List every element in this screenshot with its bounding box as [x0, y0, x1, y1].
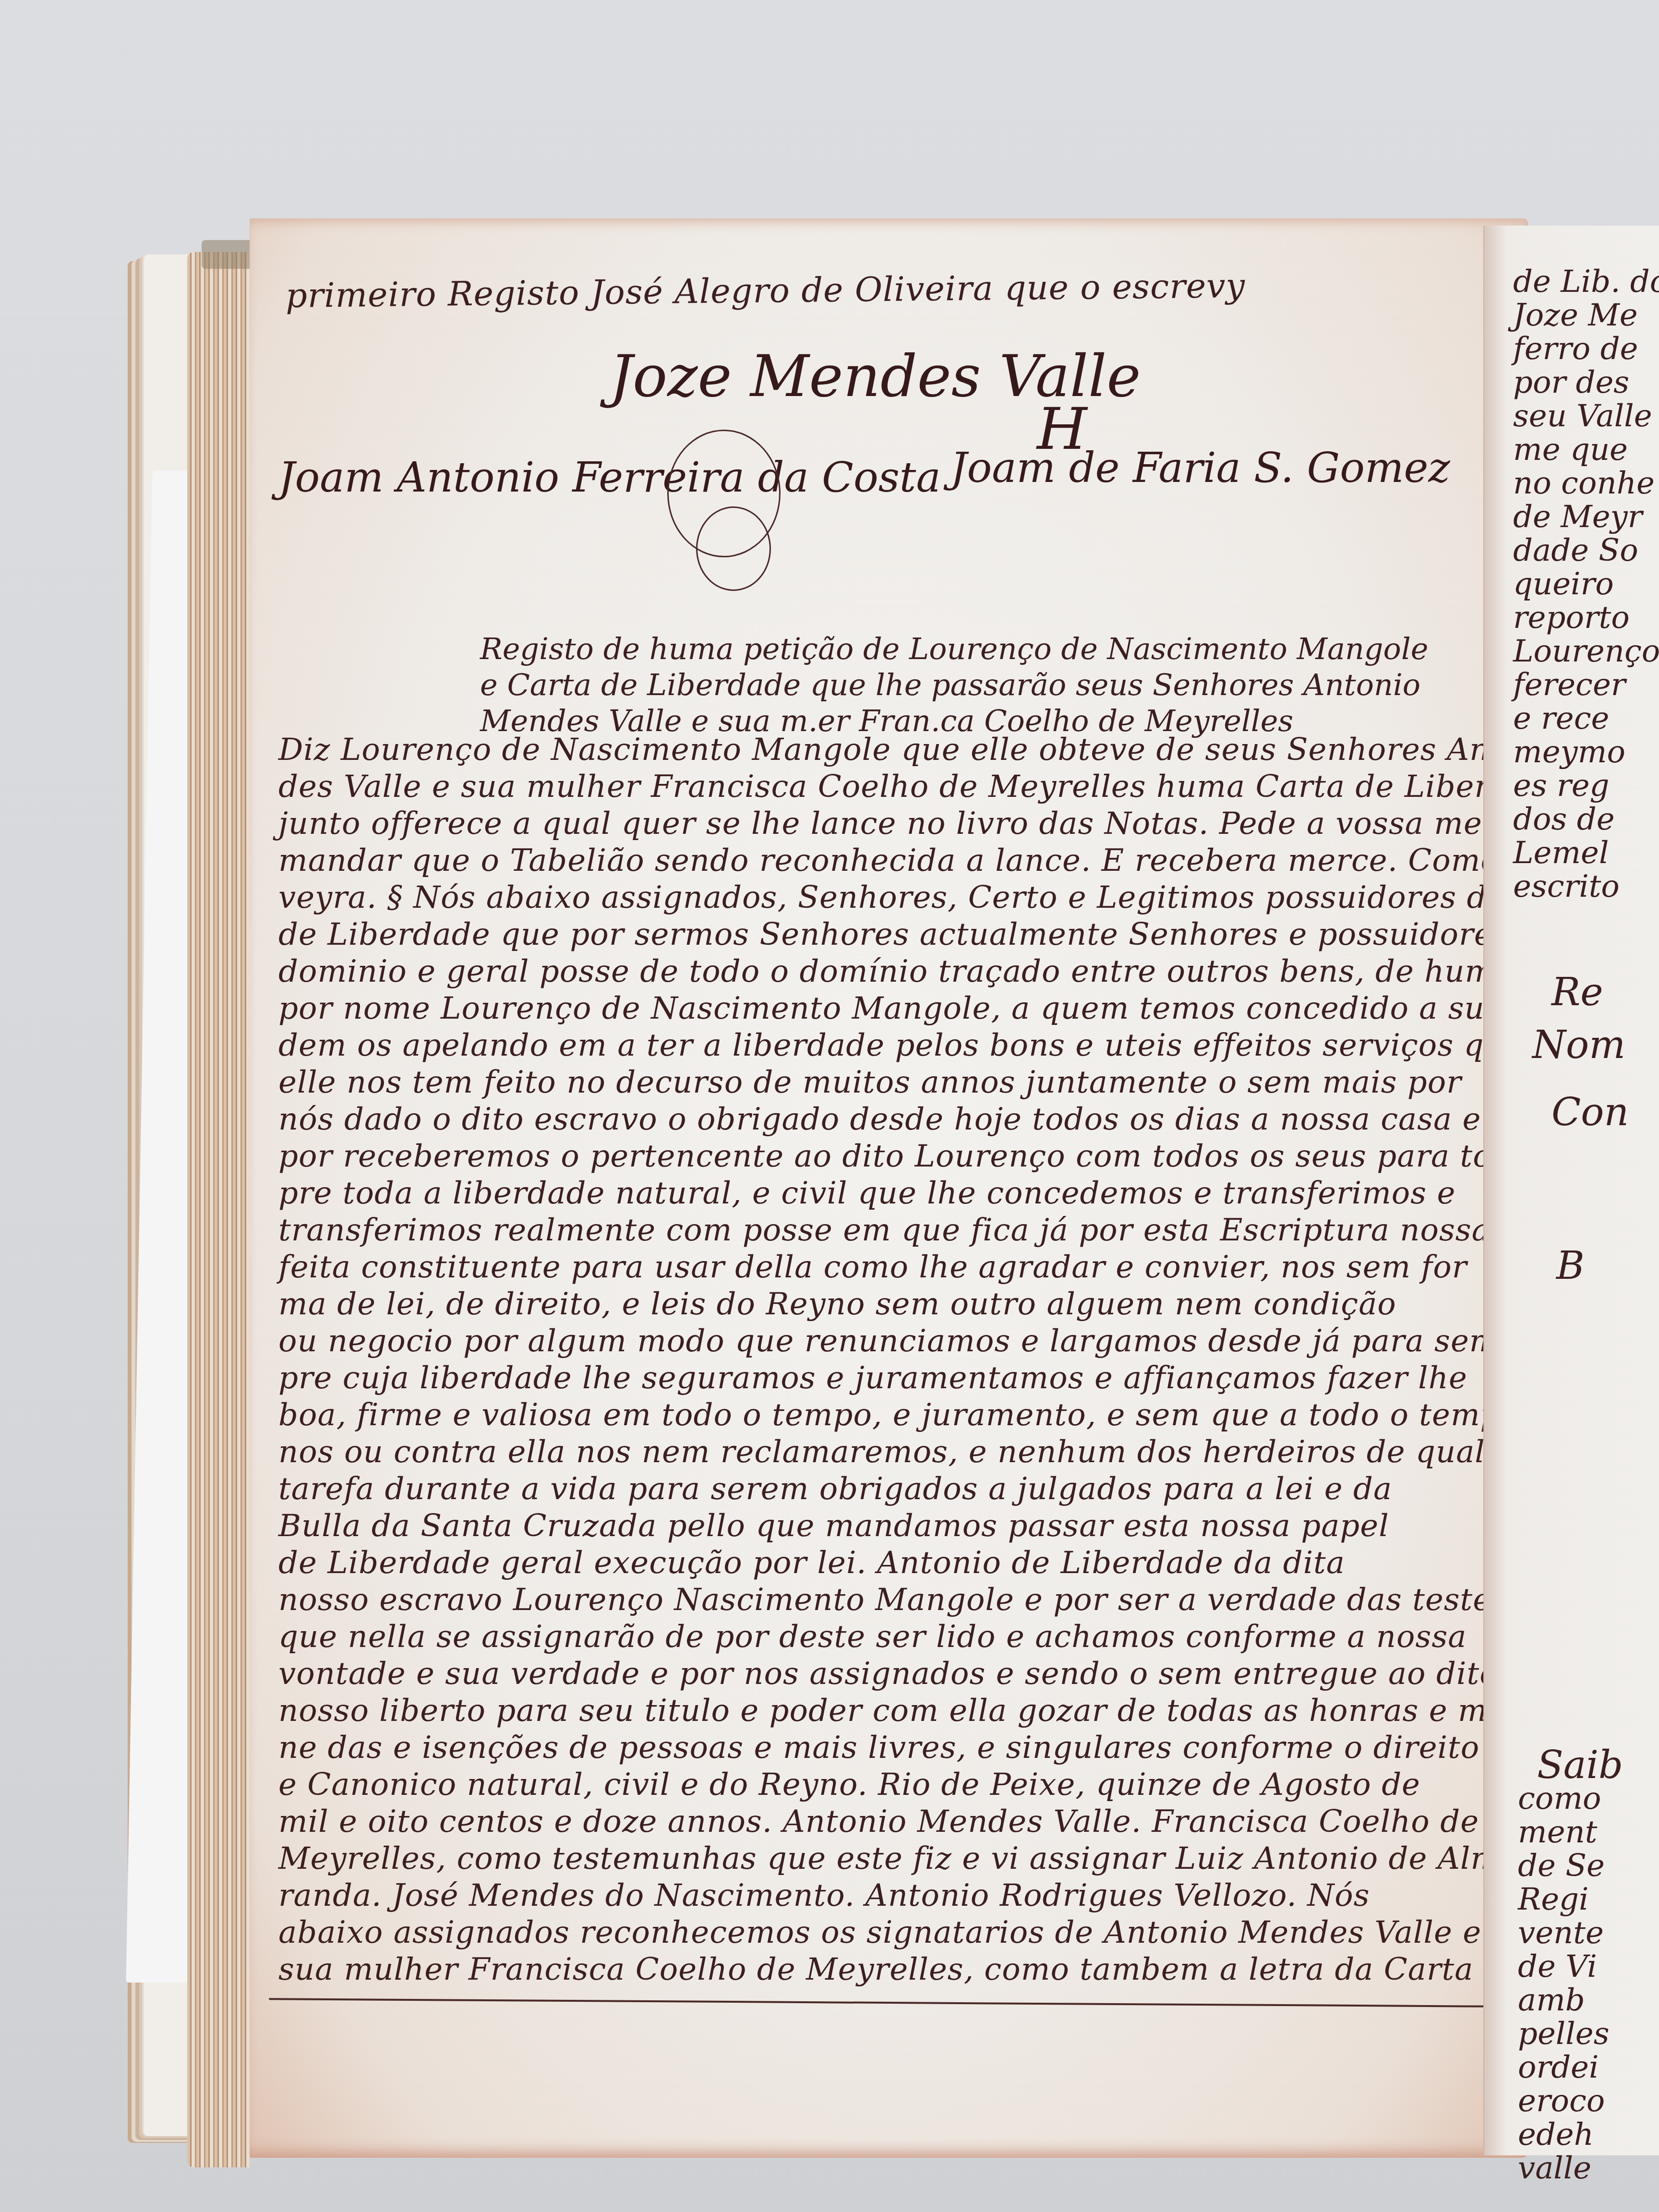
right-fragment: Joze Me	[1513, 298, 1638, 333]
right-fragment: Regi	[1518, 1882, 1589, 1917]
right-fragment: amb	[1518, 1983, 1585, 2018]
body-line: e Canonico natural, civil e do Reyno. Ri…	[278, 1767, 1420, 1803]
body-line: feita constituente para usar della como …	[278, 1250, 1467, 1285]
right-fragment: Con	[1551, 1090, 1629, 1134]
body-line: vontade e sua verdade e por nos assignad…	[278, 1656, 1499, 1692]
right-fragment: me que	[1513, 432, 1628, 468]
body-line: sua mulher Francisca Coelho de Meyrelles…	[278, 1952, 1523, 1987]
body-line: boa, firme e valiosa em todo o tempo, e …	[278, 1397, 1598, 1433]
right-fragment: vente	[1518, 1915, 1604, 1951]
body-line: pre toda a liberdade natural, e civil qu…	[278, 1176, 1455, 1211]
right-fragment: de Se	[1518, 1848, 1605, 1884]
right-fragment: como	[1518, 1781, 1601, 1816]
right-fragment: Lemel	[1513, 835, 1609, 871]
right-fragment: reporto	[1513, 600, 1630, 636]
right-fragment: ferro de	[1513, 331, 1638, 367]
body-line: Meyrelles, como testemunhas que este fiz…	[278, 1841, 1500, 1876]
body-line: que nella se assignarão de por deste ser…	[278, 1619, 1467, 1655]
right-fragment: es reg	[1513, 768, 1610, 804]
right-fragment: Nom	[1532, 1022, 1625, 1067]
right-fragment: de Meyr	[1513, 499, 1642, 535]
right-fragment: por des	[1513, 365, 1629, 400]
body-line: nós dado o dito escravo o obrigado desde…	[278, 1102, 1551, 1137]
right-fragment: ordei	[1518, 2050, 1599, 2085]
heading-line: Registo de huma petição de Lourenço de N…	[480, 631, 1428, 666]
body-line: dominio e geral posse de todo o domínio …	[278, 954, 1628, 989]
right-fragment: B	[1556, 1243, 1585, 1288]
right-fragment: no conhe	[1513, 466, 1655, 501]
signature-left: Joam Antonio Ferreira da Costa	[278, 454, 941, 502]
right-fragment: valle	[1518, 2151, 1591, 2186]
body-line: ne das e isenções de pessoas e mais livr…	[278, 1730, 1606, 1766]
body-line: nosso liberto para seu titulo e poder co…	[278, 1693, 1506, 1729]
body-line: ma de lei, de direito, e leis do Reyno s…	[278, 1286, 1396, 1322]
right-fragment: queiro	[1513, 566, 1614, 602]
right-fragment: meymo	[1513, 734, 1625, 770]
body-line: junto offerece a qual quer se lhe lance …	[278, 806, 1659, 842]
right-fragment: Re	[1551, 970, 1603, 1014]
right-fragment: ment	[1518, 1815, 1598, 1850]
body-line: de Liberdade que por sermos Senhores act…	[278, 917, 1586, 952]
body-line: mil e oito centos e doze annos. Antonio …	[278, 1804, 1479, 1839]
closing-underline	[269, 1998, 1498, 2008]
right-fragment: Lourenço	[1513, 634, 1659, 669]
book-page-edges	[187, 252, 250, 2167]
right-fragment: escrito	[1513, 869, 1620, 904]
heading-line: e Carta de Liberdade que lhe passarão se…	[480, 667, 1420, 702]
body-line: tarefa durante a vida para serem obrigad…	[278, 1471, 1392, 1507]
top-registry-line: primeiro Registo José Alegro de Oliveira…	[286, 266, 1246, 315]
right-fragment: de Lib. do	[1513, 264, 1659, 300]
body-line: Bulla da Santa Cruzada pello que mandamo…	[278, 1508, 1389, 1544]
right-fragment: de Vi	[1518, 1949, 1597, 1984]
body-line: des Valle e sua mulher Francisca Coelho …	[278, 769, 1636, 805]
body-line: randa. José Mendes do Nascimento. Antoni…	[278, 1878, 1370, 1913]
body-line: nosso escravo Lourenço Nascimento Mangol…	[278, 1582, 1617, 1618]
body-line: mandar que o Tabelião sendo reconhecida …	[278, 843, 1650, 878]
signature-flourish-icon	[696, 506, 771, 591]
body-line: transferimos realmente com posse em que …	[278, 1213, 1491, 1248]
body-line: veyra. § Nós abaixo assignados, Senhores…	[278, 880, 1586, 915]
body-line: abaixo assignados reconhecemos os signat…	[278, 1915, 1481, 1950]
body-line: por nome Lourenço de Nascimento Mangole,…	[278, 991, 1659, 1026]
right-fragment: dade So	[1513, 533, 1638, 568]
right-fragment: dos de	[1513, 802, 1615, 837]
body-line: nos ou contra ella nos nem reclamaremos,…	[278, 1434, 1559, 1470]
body-line: elle nos tem feito no decurso de muitos …	[278, 1065, 1462, 1100]
body-line: Diz Lourenço de Nascimento Mangole que e…	[278, 732, 1652, 768]
signature-right: Joam de Faria S. Gomez	[950, 444, 1450, 492]
right-fragment: seu Valle	[1513, 398, 1652, 434]
right-fragment: ferecer	[1513, 667, 1625, 703]
body-line: dem os apelando em a ter a liberdade pel…	[278, 1028, 1523, 1063]
body-line: pre cuja liberdade lhe seguramos e juram…	[278, 1360, 1467, 1396]
right-page: de Lib. do Joze Me ferro de por des seu …	[1483, 226, 1659, 2155]
right-fragment: eroco	[1518, 2083, 1605, 2119]
body-line: de Liberdade geral execução por lei. Ant…	[278, 1545, 1345, 1581]
right-fragment: e rece	[1513, 701, 1609, 736]
left-page: primeiro Registo José Alegro de Oliveira…	[250, 218, 1528, 2158]
body-line: por receberemos o pertencente ao dito Lo…	[278, 1139, 1635, 1174]
body-line: ou negocio por algum modo que renunciamo…	[278, 1323, 1499, 1359]
right-fragment: edeh	[1518, 2117, 1594, 2152]
right-fragment: pelles	[1518, 2016, 1610, 2052]
